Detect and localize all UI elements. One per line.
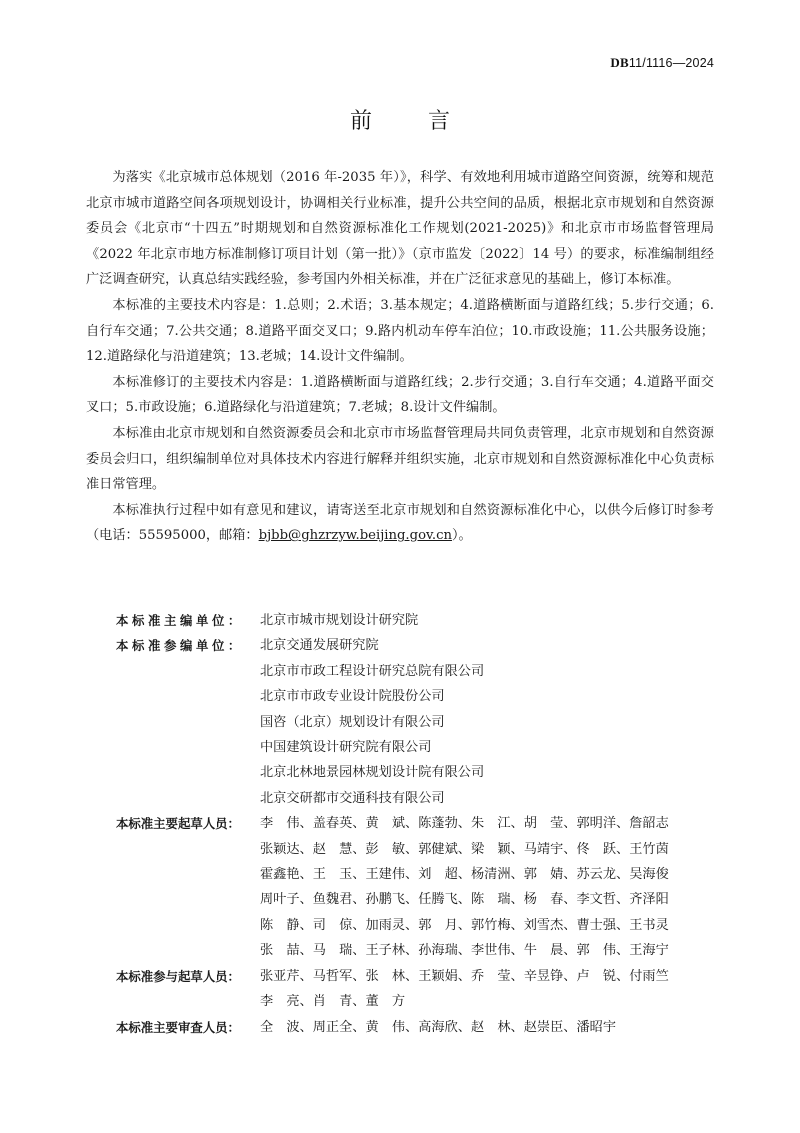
contact-text-end: ）。 <box>452 528 472 543</box>
paragraph-management: 本标准由北京市规划和自然资源委员会和北京市市场监督管理局共同负责管理，北京市规划… <box>86 421 714 498</box>
paragraph-main-content: 本标准的主要技术内容是：1.总则；2.术语；3.基本规定；4.道路横断面与道路红… <box>86 293 714 370</box>
credit-value: 北京市城市规划设计研究院 <box>260 608 716 633</box>
credit-value: 北京交研都市交通科技有限公司 <box>260 786 716 811</box>
credit-value: 北京市市政工程设计研究总院有限公司 <box>260 659 716 684</box>
credit-label: 本标准主要起草人员： <box>116 811 260 963</box>
credit-main-drafters: 本标准主要起草人员： 李 伟、盖春英、黄 斌、陈蓬勃、朱 江、胡 莹、郭明洋、詹… <box>116 811 716 963</box>
foreword-body: 为落实《北京城市总体规划（2016 年-2035 年）》，科学、有效地利用城市道… <box>86 165 714 549</box>
credit-value: 张颖达、赵 慧、彭 敏、郭健斌、梁 颖、马靖宇、佟 跃、王竹茵 <box>260 837 716 862</box>
credit-value: 李 伟、盖春英、黄 斌、陈蓬勃、朱 江、胡 莹、郭明洋、詹韶志 <box>260 811 716 836</box>
page-title-char-1: 前 <box>350 104 372 135</box>
credit-value: 中国建筑设计研究院有限公司 <box>260 735 716 760</box>
credit-label: 本标准参编单位： <box>116 633 260 811</box>
credit-value: 北京北林地景园林规划设计院有限公司 <box>260 760 716 785</box>
credit-value: 张亚芹、马哲军、张 林、王颖娟、乔 莹、辛昱铮、卢 锐、付雨竺 <box>260 964 716 989</box>
credit-value: 陈 静、司 倞、加雨灵、郭 月、郭竹梅、刘雪杰、曹士强、王书灵 <box>260 913 716 938</box>
paragraph-purpose: 为落实《北京城市总体规划（2016 年-2035 年）》，科学、有效地利用城市道… <box>86 165 714 293</box>
credit-label: 本标准主要审查人员： <box>116 1015 260 1040</box>
credit-label: 本标准主编单位： <box>116 608 260 633</box>
credits-section: 本标准主编单位： 北京市城市规划设计研究院 本标准参编单位： 北京交通发展研究院… <box>116 608 716 1040</box>
document-code-number: 11/1116—2024 <box>629 56 714 70</box>
credit-chief-editor: 本标准主编单位： 北京市城市规划设计研究院 <box>116 608 716 633</box>
credit-value: 周叶子、鱼魏君、孙鹏飞、任腾飞、陈 瑞、杨 春、李文哲、齐泽阳 <box>260 887 716 912</box>
page-title-char-2: 言 <box>428 104 450 135</box>
credit-label: 本标准参与起草人员： <box>116 964 260 1015</box>
credit-main-reviewers: 本标准主要审查人员： 全 波、周正全、黄 伟、高海欣、赵 林、赵崇臣、潘昭宇 <box>116 1015 716 1040</box>
credit-value: 霍鑫艳、王 玉、王建伟、刘 超、杨清洲、郭 婧、苏云龙、吴海俊 <box>260 862 716 887</box>
page-title: 前言 <box>0 104 800 135</box>
document-code-prefix: DB <box>610 55 628 70</box>
credit-value: 国咨（北京）规划设计有限公司 <box>260 710 716 735</box>
credit-co-editors: 本标准参编单位： 北京交通发展研究院 北京市市政工程设计研究总院有限公司 北京市… <box>116 633 716 811</box>
credit-participating-drafters: 本标准参与起草人员： 张亚芹、马哲军、张 林、王颖娟、乔 莹、辛昱铮、卢 锐、付… <box>116 964 716 1015</box>
document-code: DB11/1116—2024 <box>610 55 714 71</box>
credit-value: 张 喆、马 瑞、王子林、孙海瑞、李世伟、牛 晨、郭 伟、王海宁 <box>260 938 716 963</box>
contact-email-link[interactable]: bjbb@ghzrzyw.beijing.gov.cn <box>259 528 452 543</box>
credit-value: 北京市市政专业设计院股份公司 <box>260 684 716 709</box>
credit-value: 北京交通发展研究院 <box>260 633 716 658</box>
paragraph-contact: 本标准执行过程中如有意见和建议，请寄送至北京市规划和自然资源标准化中心，以供今后… <box>86 498 714 549</box>
credit-value: 李 亮、肖 青、董 方 <box>260 989 716 1014</box>
credit-value: 全 波、周正全、黄 伟、高海欣、赵 林、赵崇臣、潘昭宇 <box>260 1015 716 1040</box>
paragraph-revision-content: 本标准修订的主要技术内容是：1.道路横断面与道路红线；2.步行交通；3.自行车交… <box>86 370 714 421</box>
